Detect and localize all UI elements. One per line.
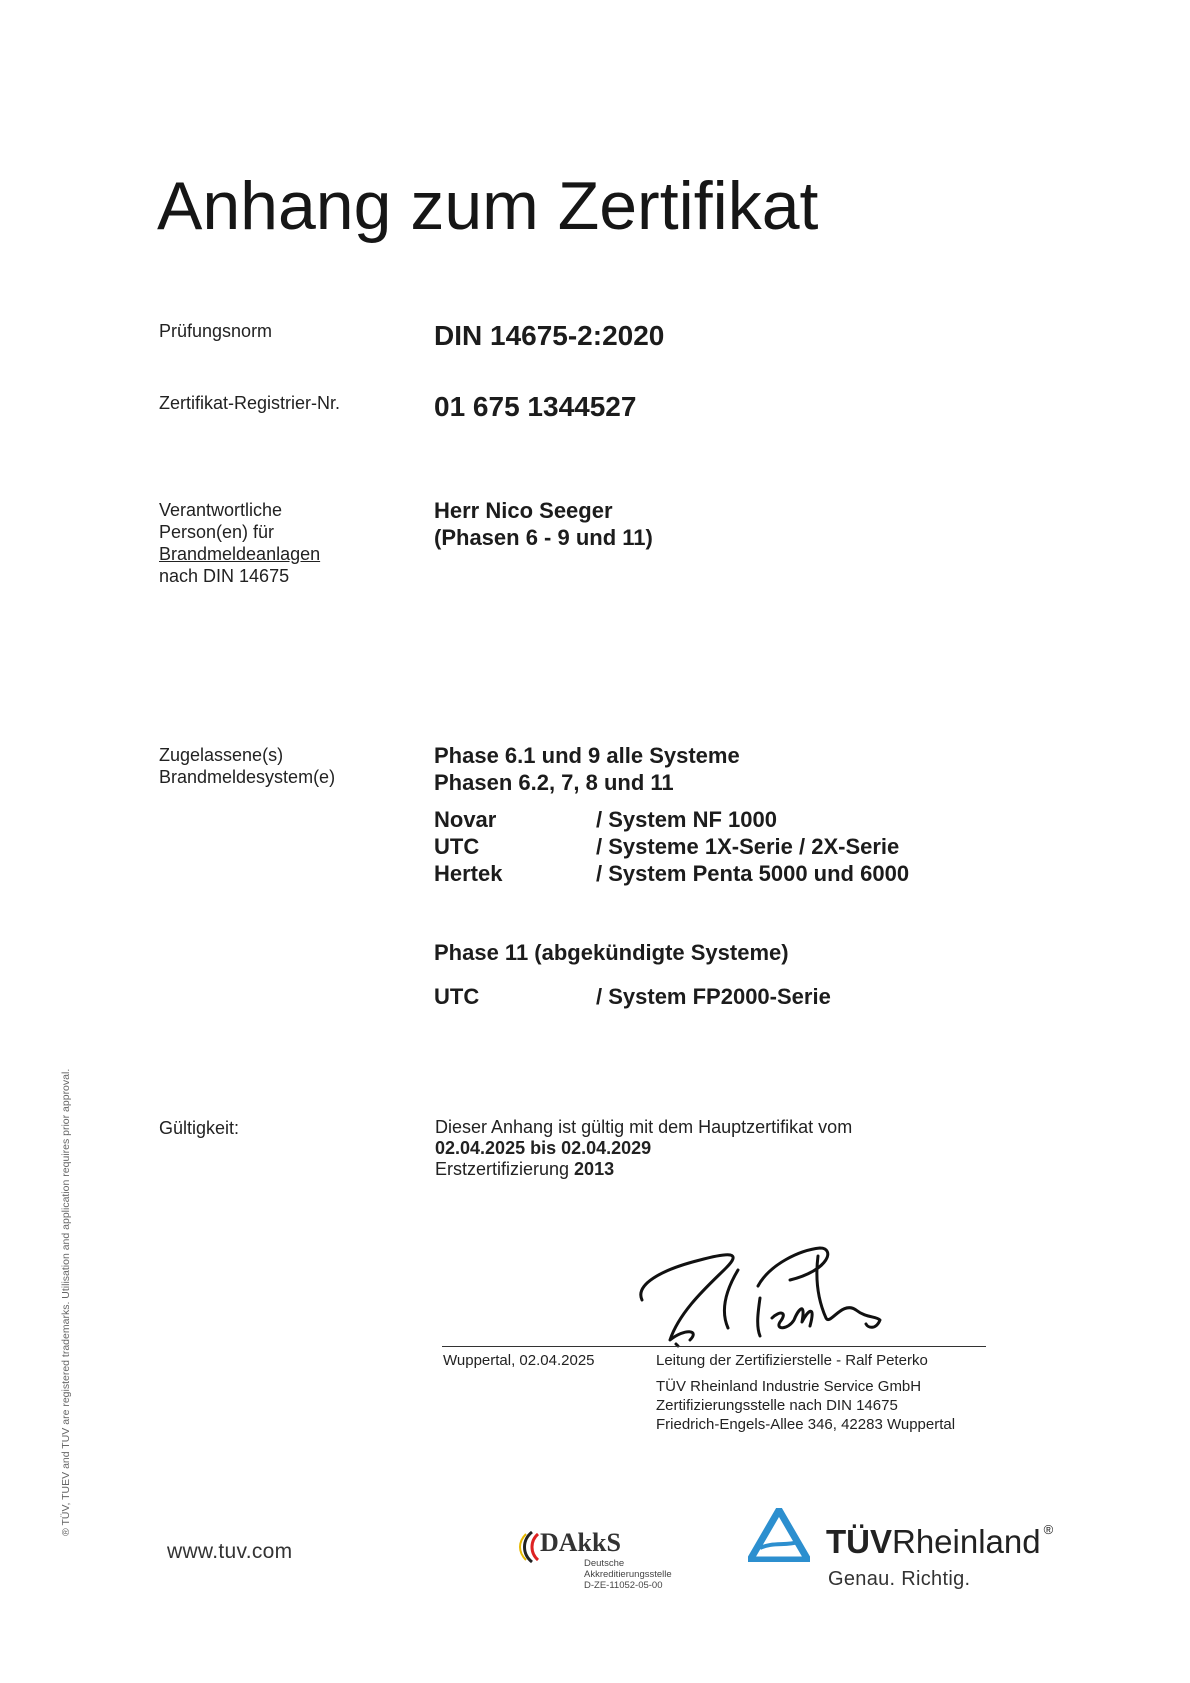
first-cert-year: 2013 [574, 1159, 614, 1179]
responsible-person-label: Verantwortliche Person(en) für Brandmeld… [159, 499, 320, 587]
signature-line [442, 1346, 986, 1347]
signer-role: Leitung der Zertifizierstelle - Ralf Pet… [656, 1351, 928, 1370]
systems-list: Novar / System NF 1000 UTC / Systeme 1X-… [434, 806, 909, 887]
approved-phases: Phase 6.1 und 9 alle Systeme Phasen 6.2,… [434, 742, 740, 796]
system-row: UTC / Systeme 1X-Serie / 2X-Serie [434, 833, 909, 860]
organization-address: TÜV Rheinland Industrie Service GmbH Zer… [656, 1377, 955, 1434]
org-line: Friedrich-Engels-Allee 346, 42283 Wupper… [656, 1415, 955, 1434]
registered-mark: ® [1044, 1522, 1054, 1537]
dakks-arcs-icon [518, 1530, 542, 1564]
system-name: / System Penta 5000 und 6000 [596, 860, 909, 887]
validity-line: Dieser Anhang ist gültig mit dem Hauptze… [435, 1117, 852, 1138]
discontinued-heading: Phase 11 (abgekündigte Systeme) [434, 939, 789, 966]
first-cert-prefix: Erstzertifizierung [435, 1159, 574, 1179]
dakks-line: Deutsche [584, 1558, 672, 1569]
phase-line: Phasen 6.2, 7, 8 und 11 [434, 769, 740, 796]
dakks-subtitle: Deutsche Akkreditierungsstelle D-ZE-1105… [584, 1558, 672, 1591]
dakks-line: Akkreditierungsstelle [584, 1569, 672, 1580]
person-name: Herr Nico Seeger [434, 497, 653, 524]
pruefungsnorm-label: Prüfungsnorm [159, 320, 272, 342]
discontinued-systems-list: UTC / System FP2000-Serie [434, 983, 831, 1010]
label-line: Brandmeldeanlagen [159, 543, 320, 565]
pruefungsnorm-value: DIN 14675-2:2020 [434, 322, 664, 350]
phase-line: Phase 6.1 und 9 alle Systeme [434, 742, 740, 769]
registrier-nr-label: Zertifikat-Registrier-Nr. [159, 392, 340, 414]
system-name: / System FP2000-Serie [596, 983, 831, 1010]
system-row: UTC / System FP2000-Serie [434, 983, 831, 1010]
responsible-person-value: Herr Nico Seeger (Phasen 6 - 9 und 11) [434, 497, 653, 551]
system-brand: UTC [434, 983, 596, 1010]
system-brand: UTC [434, 833, 596, 860]
tuv-rheinland-logo-text: TÜVRheinland® [826, 1525, 1053, 1558]
system-brand: Novar [434, 806, 596, 833]
tuv-name-bold: TÜV [826, 1523, 892, 1560]
place-date: Wuppertal, 02.04.2025 [443, 1351, 595, 1370]
label-line: Verantwortliche [159, 499, 320, 521]
label-line: Person(en) für [159, 521, 320, 543]
tuv-slogan: Genau. Richtig. [828, 1568, 970, 1591]
website-link[interactable]: www.tuv.com [167, 1540, 292, 1564]
approved-systems-label: Zugelassene(s) Brandmeldesystem(e) [159, 744, 335, 788]
validity-text: Dieser Anhang ist gültig mit dem Hauptze… [435, 1117, 852, 1180]
page-title: Anhang zum Zertifikat [157, 172, 818, 240]
system-row: Novar / System NF 1000 [434, 806, 909, 833]
registrier-nr-value: 01 675 1344527 [434, 393, 636, 421]
tuv-name-regular: Rheinland [892, 1523, 1041, 1560]
dakks-name: DAkkS [540, 1528, 621, 1558]
org-line: TÜV Rheinland Industrie Service GmbH [656, 1377, 955, 1396]
label-line: Zugelassene(s) [159, 744, 335, 766]
system-row: Hertek / System Penta 5000 und 6000 [434, 860, 909, 887]
tuv-triangle-icon [748, 1508, 810, 1562]
system-name: / System NF 1000 [596, 806, 777, 833]
validity-period: 02.04.2025 bis 02.04.2029 [435, 1138, 852, 1159]
trademark-note: ® TÜV, TUEV and TUV are registered trade… [60, 1069, 72, 1536]
system-name: / Systeme 1X-Serie / 2X-Serie [596, 833, 899, 860]
org-line: Zertifizierungsstelle nach DIN 14675 [656, 1396, 955, 1415]
label-line: nach DIN 14675 [159, 565, 320, 587]
system-brand: Hertek [434, 860, 596, 887]
first-certification: Erstzertifizierung 2013 [435, 1159, 852, 1180]
person-phases: (Phasen 6 - 9 und 11) [434, 524, 653, 551]
dakks-logo: DAkkS Deutsche Akkreditierungsstelle D-Z… [518, 1528, 698, 1598]
signature-image [630, 1240, 910, 1350]
dakks-line: D-ZE-11052-05-00 [584, 1580, 672, 1591]
validity-label: Gültigkeit: [159, 1117, 239, 1139]
label-line: Brandmeldesystem(e) [159, 766, 335, 788]
